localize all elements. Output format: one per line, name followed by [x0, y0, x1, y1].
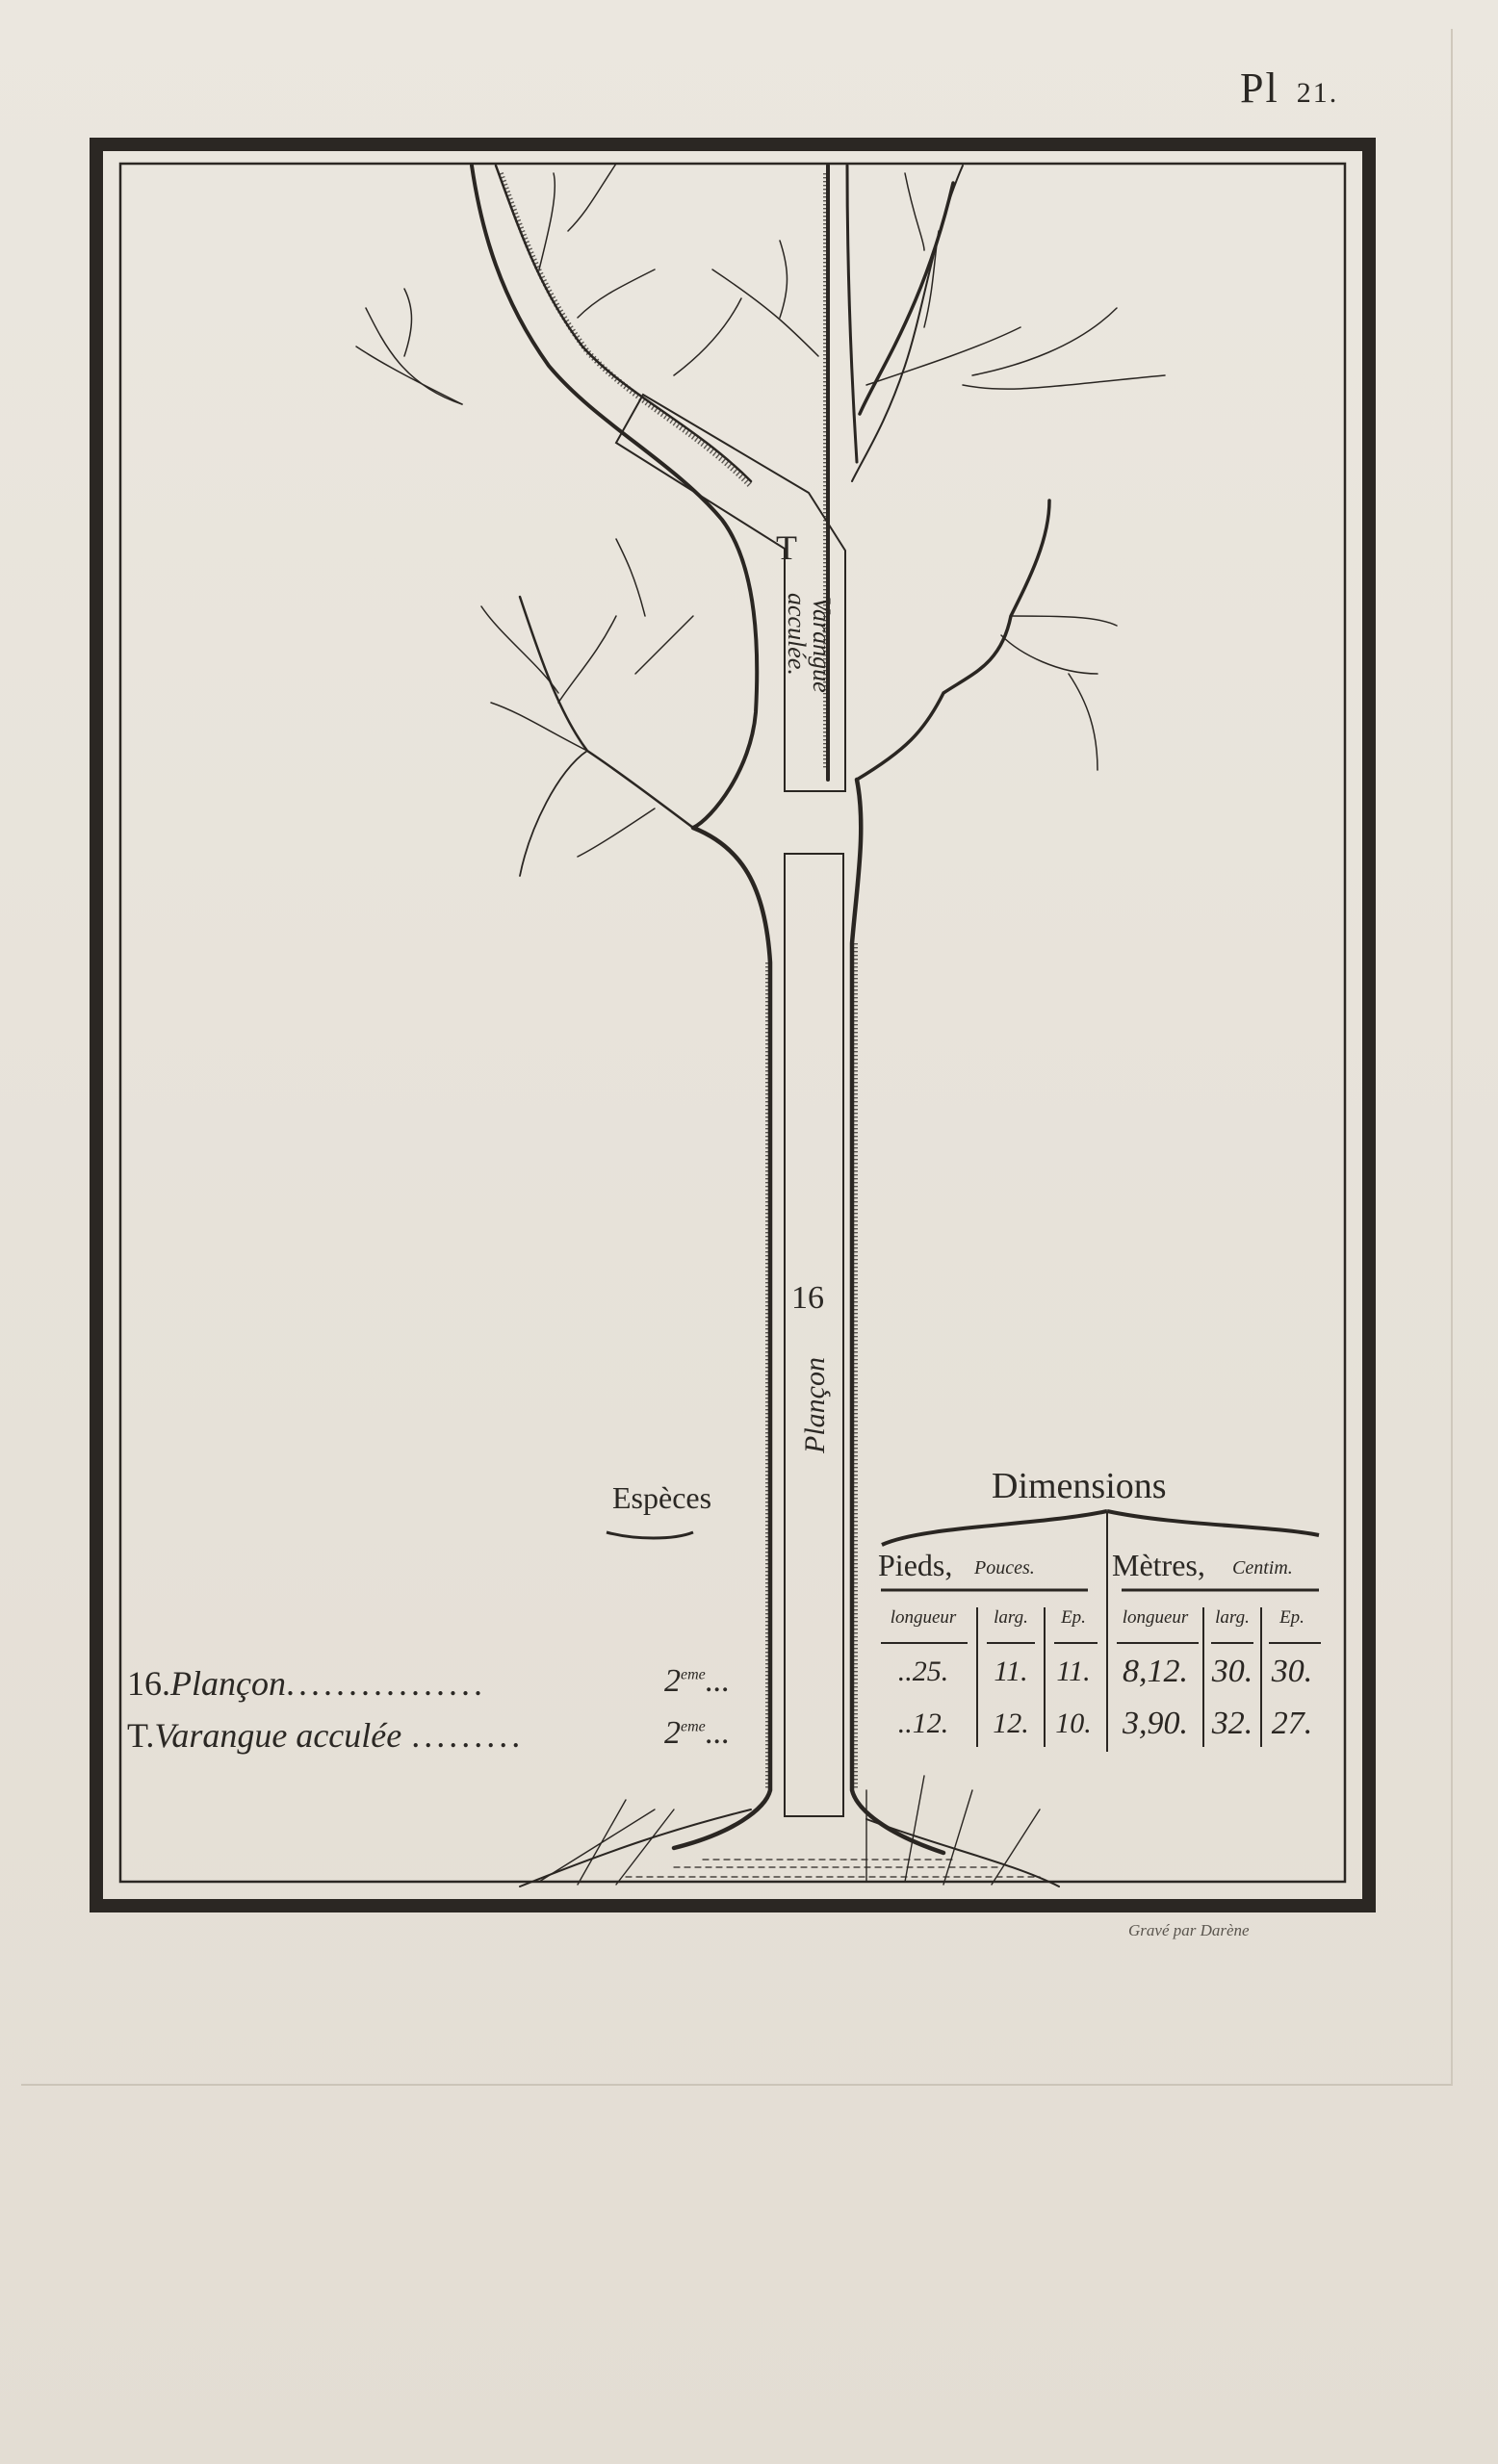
subheader-centim-largeur: larg. [1205, 1607, 1259, 1629]
species-heading: Espèces [612, 1480, 711, 1516]
cell: ..25. [871, 1655, 975, 1688]
varangue-name-line1: Varangue [807, 597, 836, 693]
table-row-label: 16.Plançon................ [127, 1663, 486, 1704]
dimensions-heading: Dimensions [992, 1465, 1167, 1507]
unit-pouces: Pouces. [974, 1557, 1035, 1579]
subheader-pouces-epaisseur: Ep. [1047, 1607, 1099, 1629]
species-sup: eme [681, 1667, 706, 1683]
cell: 12. [980, 1707, 1042, 1740]
unit-pieds: Pieds, [878, 1548, 952, 1583]
cell: 32. [1205, 1706, 1259, 1742]
cell: 30. [1263, 1654, 1321, 1690]
frame-border [96, 144, 1369, 1906]
cell: ..12. [871, 1707, 975, 1740]
cell: 27. [1263, 1706, 1321, 1742]
row-leader: ................ [286, 1664, 486, 1703]
row-species: 2eme... [664, 1715, 730, 1752]
subheader-pieds-longueur: longueur [871, 1607, 975, 1629]
species-num: 2 [664, 1715, 681, 1751]
row-species: 2eme... [664, 1663, 730, 1700]
varangue-code-label: T [776, 527, 797, 568]
cell: 8,12. [1109, 1654, 1201, 1690]
species-sup: eme [681, 1719, 706, 1735]
unit-metres: Mètres, [1112, 1548, 1205, 1583]
cell: 11. [980, 1655, 1042, 1688]
species-num: 2 [664, 1663, 681, 1699]
tree-engraving [0, 0, 1498, 2464]
cell: 11. [1047, 1655, 1099, 1688]
engraver-credit: Gravé par Darène [1128, 1921, 1250, 1940]
row-leader: ......... [411, 1716, 524, 1755]
row-name: Plançon [170, 1664, 286, 1703]
cell: 10. [1047, 1707, 1099, 1740]
cell: 30. [1205, 1654, 1259, 1690]
table-row-label: T.Varangue acculée......... [127, 1715, 524, 1756]
plancon-code-label: 16 [791, 1280, 824, 1317]
unit-centimetres: Centim. [1232, 1557, 1293, 1579]
cell: 3,90. [1109, 1706, 1201, 1742]
subheader-metres-longueur: longueur [1109, 1607, 1201, 1629]
subheader-centim-epaisseur: Ep. [1263, 1607, 1321, 1629]
subheader-pouces-largeur: larg. [980, 1607, 1042, 1629]
row-code: T. [127, 1716, 154, 1755]
row-name: Varangue acculée [154, 1716, 401, 1755]
row-code: 16. [127, 1664, 170, 1703]
varangue-name-line2: acculée. [782, 593, 811, 676]
plancon-name-label: Plançon [799, 1357, 832, 1453]
plancon-outline [785, 854, 843, 1816]
